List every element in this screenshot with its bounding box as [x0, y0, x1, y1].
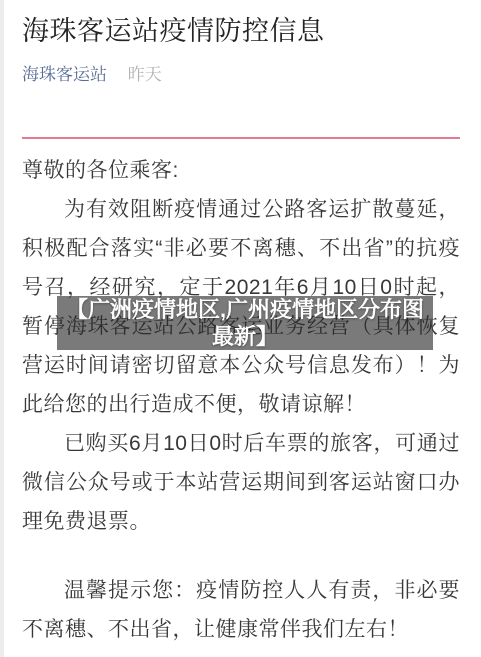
account-name-link[interactable]: 海珠客运站: [22, 65, 107, 84]
article-meta: 海珠客运站 昨天: [22, 65, 460, 85]
watermark-caption-text: 【广洲疫情地区,广州疫情地区分布图最新】: [57, 296, 433, 350]
article-page: 海珠客运站疫情防控信息 海珠客运站 昨天 尊敬的各位乘客: 为有效阻断疫情通过公…: [0, 0, 481, 657]
page-title: 海珠客运站疫情防控信息: [22, 0, 460, 49]
publish-date: 昨天: [128, 65, 162, 84]
paragraph-refund-info: 已购买6月10日0时后车票的旅客，可通过微信公众号或于本站营运期间到客运站窗口办…: [22, 424, 460, 541]
section-divider: [22, 137, 460, 139]
article-body: 尊敬的各位乘客: 为有效阻断疫情通过公路客运扩散蔓延，积极配合落实“非必要不离穗…: [22, 151, 460, 649]
watermark-caption-overlay: 【广洲疫情地区,广州疫情地区分布图最新】: [57, 296, 433, 350]
paragraph-warm-tips: 温馨提示您：疫情防控人人有责，非必要不离穗、不出省，让健康常伴我们左右！: [22, 571, 460, 649]
salutation: 尊敬的各位乘客:: [22, 151, 460, 190]
